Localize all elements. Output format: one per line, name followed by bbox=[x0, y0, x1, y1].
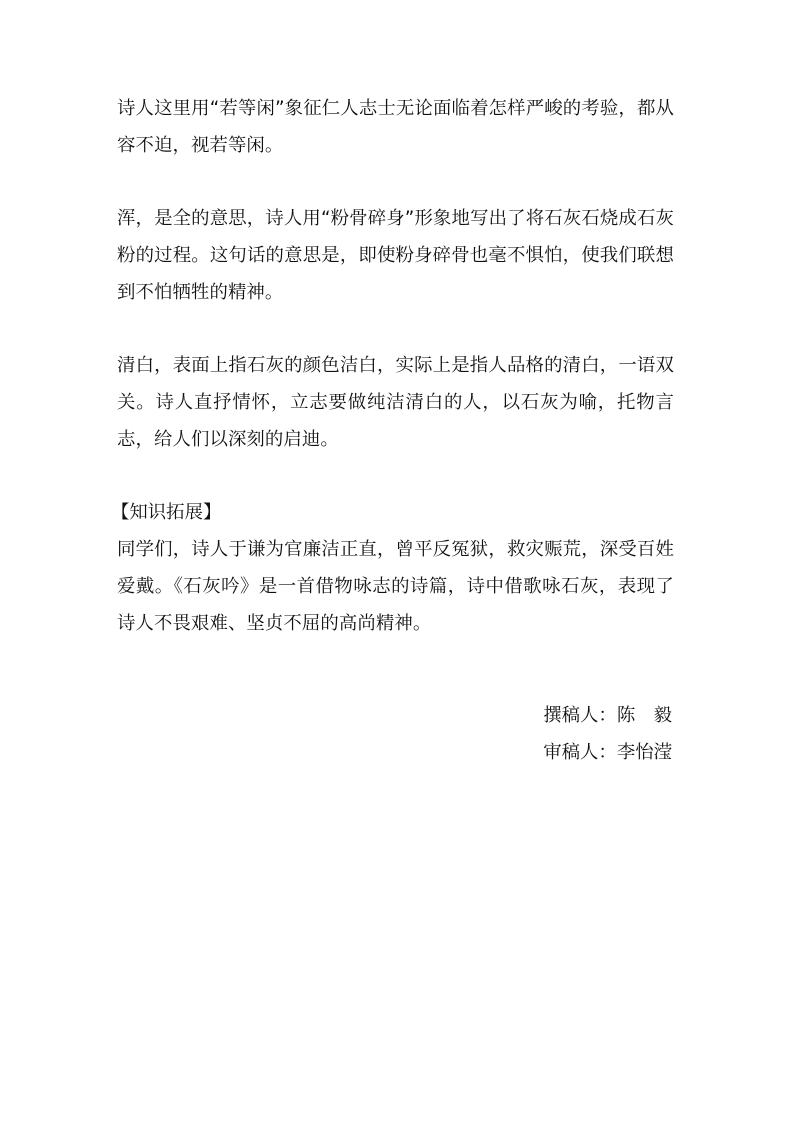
knowledge-heading: 【知识拓展】 bbox=[111, 494, 674, 531]
paragraph-1: 诗人这里用“若等闲”象征仁人志士无论面临着怎样严峻的考验，都从容不迫，视若等闲。 bbox=[117, 90, 674, 164]
paragraph-3: 清白，表面上指石灰的颜色洁白，实际上是指人品格的清白，一语双关。诗人直抒情怀，立… bbox=[117, 347, 674, 458]
paragraph-2: 浑，是全的意思，诗人用“粉骨碎身”形象地写出了将石灰石烧成石灰粉的过程。这句话的… bbox=[117, 200, 674, 311]
document-body: 诗人这里用“若等闲”象征仁人志士无论面临着怎样严峻的考验，都从容不迫，视若等闲。… bbox=[117, 90, 674, 642]
author-credit: 撰稿人：陈 毅 bbox=[543, 697, 672, 734]
knowledge-paragraph: 同学们，诗人于谦为官廉洁正直，曾平反冤狱，救灾赈荒，深受百姓爱戴。《石灰吟》是一… bbox=[117, 531, 674, 642]
reviewer-credit: 审稿人：李怡滢 bbox=[543, 734, 672, 771]
